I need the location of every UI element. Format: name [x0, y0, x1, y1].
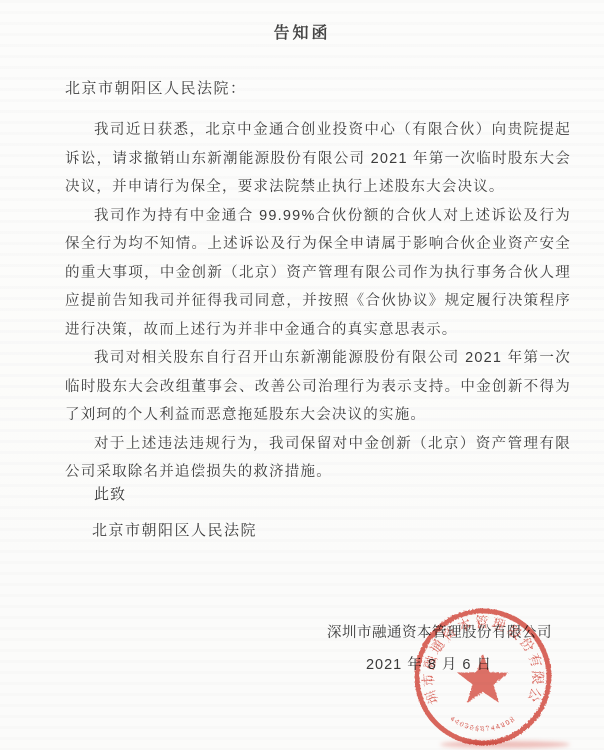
company-seal: 深圳市融通资本管理股份有限公司 4403050744908 [403, 597, 563, 750]
red-star-icon [457, 654, 508, 703]
body-paragraph: 我司对相关股东自行召开山东新潮能源股份有限公司 2021 年第一次临时股东大会改… [65, 344, 571, 430]
seal-serial-number: 4403050744908 [449, 716, 518, 734]
body-paragraph: 我司作为持有中金通合 99.99%合伙份额的合伙人对上述诉讼及行为保全行为均不知… [65, 202, 571, 345]
seal-ink-smudge [440, 741, 570, 748]
body-paragraph: 对于上述违法违规行为，我司保留对中金创新（北京）资产管理有限公司采取除名并追偿损… [65, 430, 571, 487]
document-page: 告知函 北京市朝阳区人民法院： 我司近日获悉，北京中金通合创业投资中心（有限合伙… [0, 0, 604, 750]
document-body: 我司近日获悉，北京中金通合创业投资中心（有限合伙）向贵院提起诉讼，请求撤销山东新… [65, 116, 571, 487]
body-paragraph: 我司近日获悉，北京中金通合创业投资中心（有限合伙）向贵院提起诉讼，请求撤销山东新… [65, 116, 571, 202]
salutation: 北京市朝阳区人民法院： [65, 77, 247, 98]
svg-text:4403050744908: 4403050744908 [449, 716, 518, 734]
document-title: 告知函 [0, 20, 604, 43]
closing-phrase: 此致 [94, 483, 126, 504]
closing-recipient: 北京市朝阳区人民法院 [92, 519, 257, 540]
